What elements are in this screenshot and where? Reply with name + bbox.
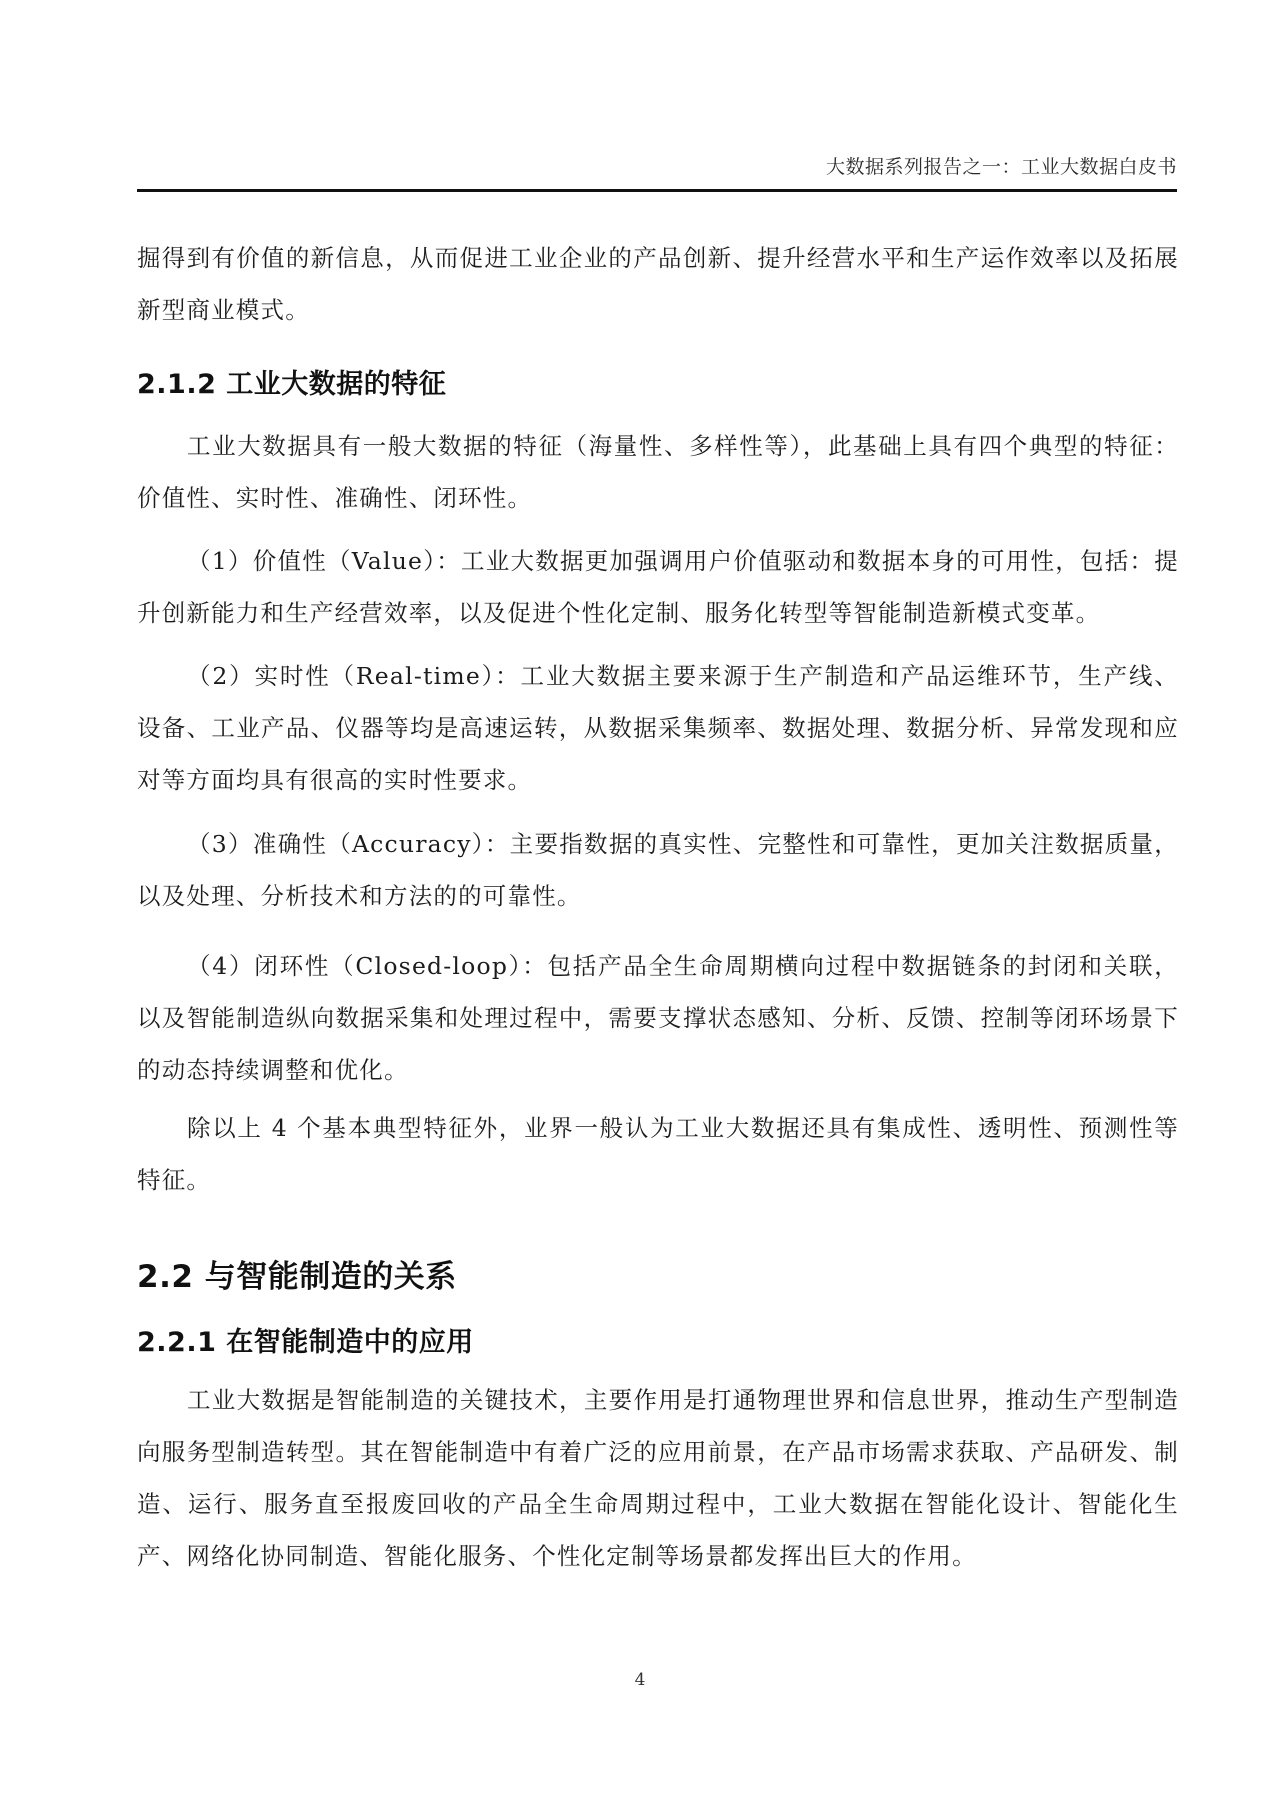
section-heading-2-1-2: 2.1.2 工业大数据的特征 <box>137 362 1179 401</box>
continuation-paragraph: 掘得到有价值的新信息，从而促进工业企业的产品创新、提升经营水平和生产运作效率以及… <box>137 232 1179 336</box>
features-closing-paragraph: 除以上 4 个基本典型特征外，业界一般认为工业大数据还具有集成性、透明性、预测性… <box>137 1102 1179 1206</box>
section-2-1-2-intro-block: 工业大数据具有一般大数据的特征（海量性、多样性等），此基础上具有四个典型的特征：… <box>137 420 1179 524</box>
feature-closed-loop-paragraph: （4）闭环性（Closed-loop）：包括产品全生命周期横向过程中数据链条的封… <box>137 940 1179 1096</box>
running-header: 大数据系列报告之一：工业大数据白皮书 <box>137 152 1177 179</box>
feature-realtime-paragraph: （2）实时性（Real-time）：工业大数据主要来源于生产制造和产品运维环节，… <box>137 650 1179 806</box>
feature-value-label: （1）价值性（Value）： <box>187 547 461 575</box>
smart-manufacturing-application-paragraph: 工业大数据是智能制造的关键技术，主要作用是打通物理世界和信息世界，推动生产型制造… <box>137 1374 1179 1582</box>
section-heading-2-2-1: 2.2.1 在智能制造中的应用 <box>137 1320 1179 1359</box>
features-intro-paragraph: 工业大数据具有一般大数据的特征（海量性、多样性等），此基础上具有四个典型的特征：… <box>137 420 1179 524</box>
section-2-2-1-paragraph-block: 工业大数据是智能制造的关键技术，主要作用是打通物理世界和信息世界，推动生产型制造… <box>137 1374 1179 1582</box>
feature-closed-loop-label: （4）闭环性（Closed-loop）： <box>187 952 548 980</box>
feature-value-paragraph: （1）价值性（Value）：工业大数据更加强调用户价值驱动和数据本身的可用性，包… <box>137 535 1179 639</box>
features-closing-block: 除以上 4 个基本典型特征外，业界一般认为工业大数据还具有集成性、透明性、预测性… <box>137 1102 1179 1206</box>
feature-realtime-block: （2）实时性（Real-time）：工业大数据主要来源于生产制造和产品运维环节，… <box>137 650 1179 806</box>
feature-closed-loop-block: （4）闭环性（Closed-loop）：包括产品全生命周期横向过程中数据链条的封… <box>137 940 1179 1096</box>
feature-accuracy-paragraph: （3）准确性（Accuracy）：主要指数据的真实性、完整性和可靠性，更加关注数… <box>137 818 1179 922</box>
section-heading-2-2: 2.2 与智能制造的关系 <box>137 1251 1179 1296</box>
feature-accuracy-block: （3）准确性（Accuracy）：主要指数据的真实性、完整性和可靠性，更加关注数… <box>137 818 1179 922</box>
section-2-1-2-heading-block: 2.1.2 工业大数据的特征 <box>137 362 1179 401</box>
page-number: 4 <box>0 1670 1280 1690</box>
continuation-paragraph-block: 掘得到有价值的新信息，从而促进工业企业的产品创新、提升经营水平和生产运作效率以及… <box>137 232 1179 336</box>
document-page: 大数据系列报告之一：工业大数据白皮书 掘得到有价值的新信息，从而促进工业企业的产… <box>0 0 1280 1810</box>
header-rule <box>137 189 1177 192</box>
feature-accuracy-label: （3）准确性（Accuracy）： <box>187 830 510 858</box>
section-2-2-heading-block: 2.2 与智能制造的关系 <box>137 1251 1179 1296</box>
section-2-2-1-heading-block: 2.2.1 在智能制造中的应用 <box>137 1320 1179 1359</box>
feature-realtime-label: （2）实时性（Real-time）： <box>187 662 521 690</box>
feature-value-block: （1）价值性（Value）：工业大数据更加强调用户价值驱动和数据本身的可用性，包… <box>137 535 1179 639</box>
